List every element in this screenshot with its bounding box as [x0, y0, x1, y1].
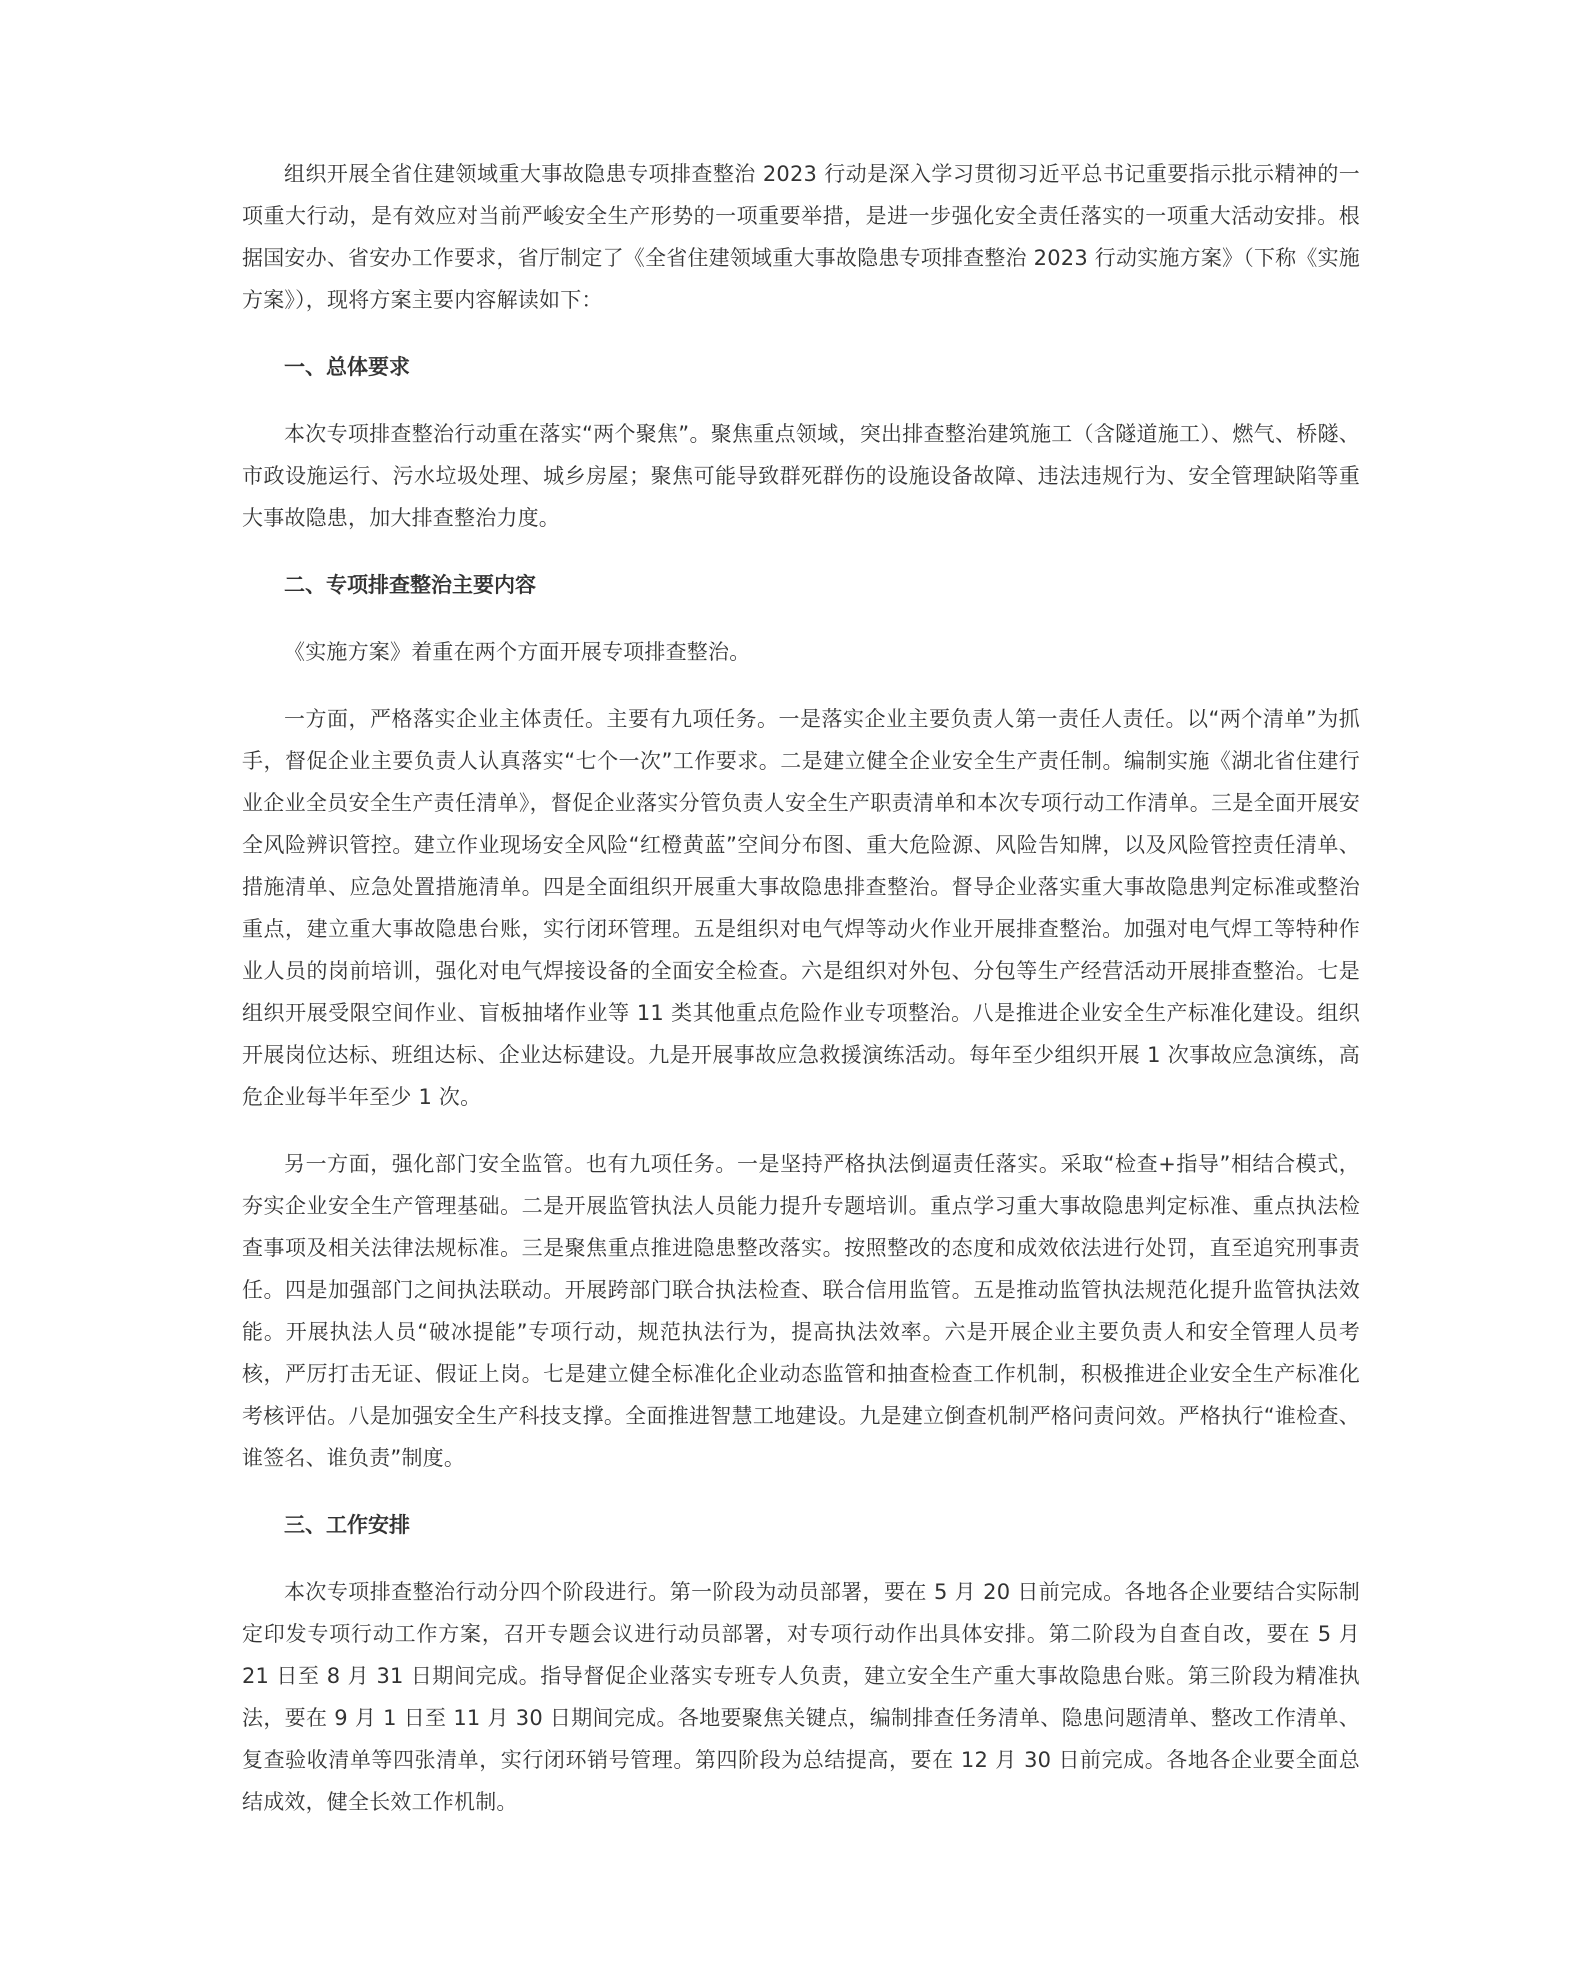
- section-paragraph: 《实施方案》着重在两个方面开展专项排查整治。: [242, 631, 1360, 673]
- section-heading: 三、工作安排: [242, 1504, 1360, 1546]
- section-paragraph: 一方面，严格落实企业主体责任。主要有九项任务。一是落实企业主要负责人第一责任人责…: [242, 698, 1360, 1118]
- section-heading: 一、总体要求: [242, 346, 1360, 388]
- section-work-arrangement: 三、工作安排 本次专项排查整治行动分四个阶段进行。第一阶段为动员部署，要在 5 …: [242, 1504, 1360, 1823]
- document-body: 组织开展全省住建领域重大事故隐患专项排查整治 2023 行动是深入学习贯彻习近平…: [242, 153, 1360, 1848]
- section-paragraph: 本次专项排查整治行动重在落实“两个聚焦”。聚焦重点领域，突出排查整治建筑施工（含…: [242, 413, 1360, 539]
- section-main-content: 二、专项排查整治主要内容 《实施方案》着重在两个方面开展专项排查整治。 一方面，…: [242, 564, 1360, 1479]
- section-paragraph: 本次专项排查整治行动分四个阶段进行。第一阶段为动员部署，要在 5 月 20 日前…: [242, 1571, 1360, 1823]
- section-paragraph: 另一方面，强化部门安全监管。也有九项任务。一是坚持严格执法倒逼责任落实。采取“检…: [242, 1143, 1360, 1479]
- intro-paragraph: 组织开展全省住建领域重大事故隐患专项排查整治 2023 行动是深入学习贯彻习近平…: [242, 153, 1360, 321]
- section-heading: 二、专项排查整治主要内容: [242, 564, 1360, 606]
- section-overall-requirements: 一、总体要求 本次专项排查整治行动重在落实“两个聚焦”。聚焦重点领域，突出排查整…: [242, 346, 1360, 539]
